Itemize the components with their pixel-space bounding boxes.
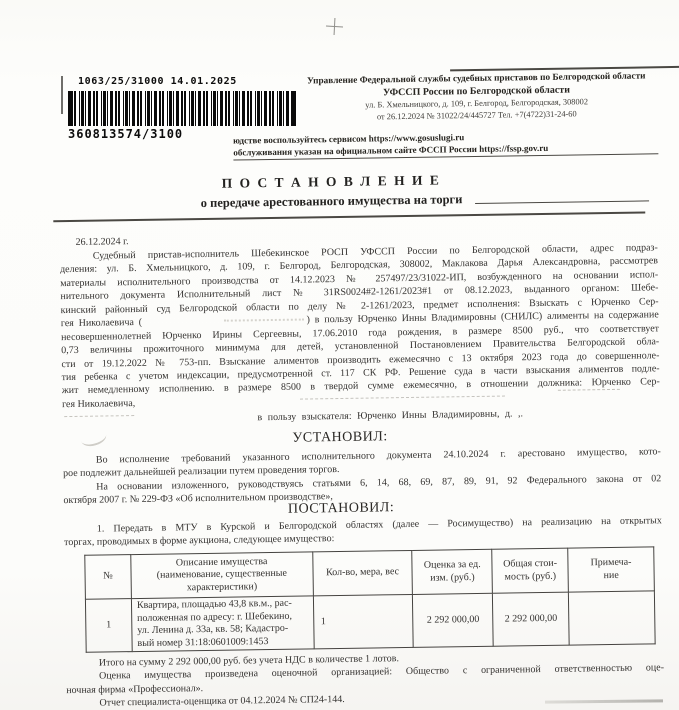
table-cell (568, 591, 655, 646)
column-header: Кол-во, мера, вес (312, 550, 412, 595)
table-cell: Квартира, площадью 43,8 кв.м., рас- поло… (131, 596, 313, 652)
letterhead-top-rule (450, 66, 679, 71)
totals-paragraph: Итого на сумму 2 292 000,00 руб. без уче… (66, 648, 665, 710)
barcode-top-number: 1063/25/31000 14.01.2025 (78, 76, 237, 87)
title-underline-rule (53, 211, 645, 222)
redaction-mark (64, 415, 134, 417)
table-cell: 1 (313, 594, 414, 649)
case-paragraph: Судебный пристав-исполнитель Шебекинское… (60, 241, 660, 411)
scan-edge-tick (61, 76, 63, 114)
table-cell: 1 (85, 599, 132, 653)
column-header: Оценка за ед. изм. (руб.) (412, 549, 493, 594)
document-scan-page: Управление Федеральной службы судебных п… (0, 0, 679, 710)
property-table: №Описание имущества (наименование, сущес… (84, 546, 655, 653)
letterhead: Управление Федеральной службы судебных п… (290, 71, 663, 124)
column-header: Общая стои- мость (руб.) (492, 548, 569, 593)
table-row: 1Квартира, площадью 43,8 кв.м., рас- пол… (85, 591, 655, 653)
doc-date: 26.12.2024 г. (76, 236, 129, 248)
favor-line: в пользу взыскателя: Юрченко Инны Владим… (235, 408, 545, 424)
column-header: Описание имущества (наименование, сущест… (131, 552, 313, 599)
column-header: № (85, 555, 132, 600)
table-cell: 2 292 000,00 (413, 593, 494, 648)
table-cell: 2 292 000,00 (493, 592, 570, 646)
barcode-image (68, 91, 296, 126)
barcode-bottom-number: 360813574/3100 (68, 127, 183, 141)
column-header: Примеча- ние (568, 547, 655, 592)
